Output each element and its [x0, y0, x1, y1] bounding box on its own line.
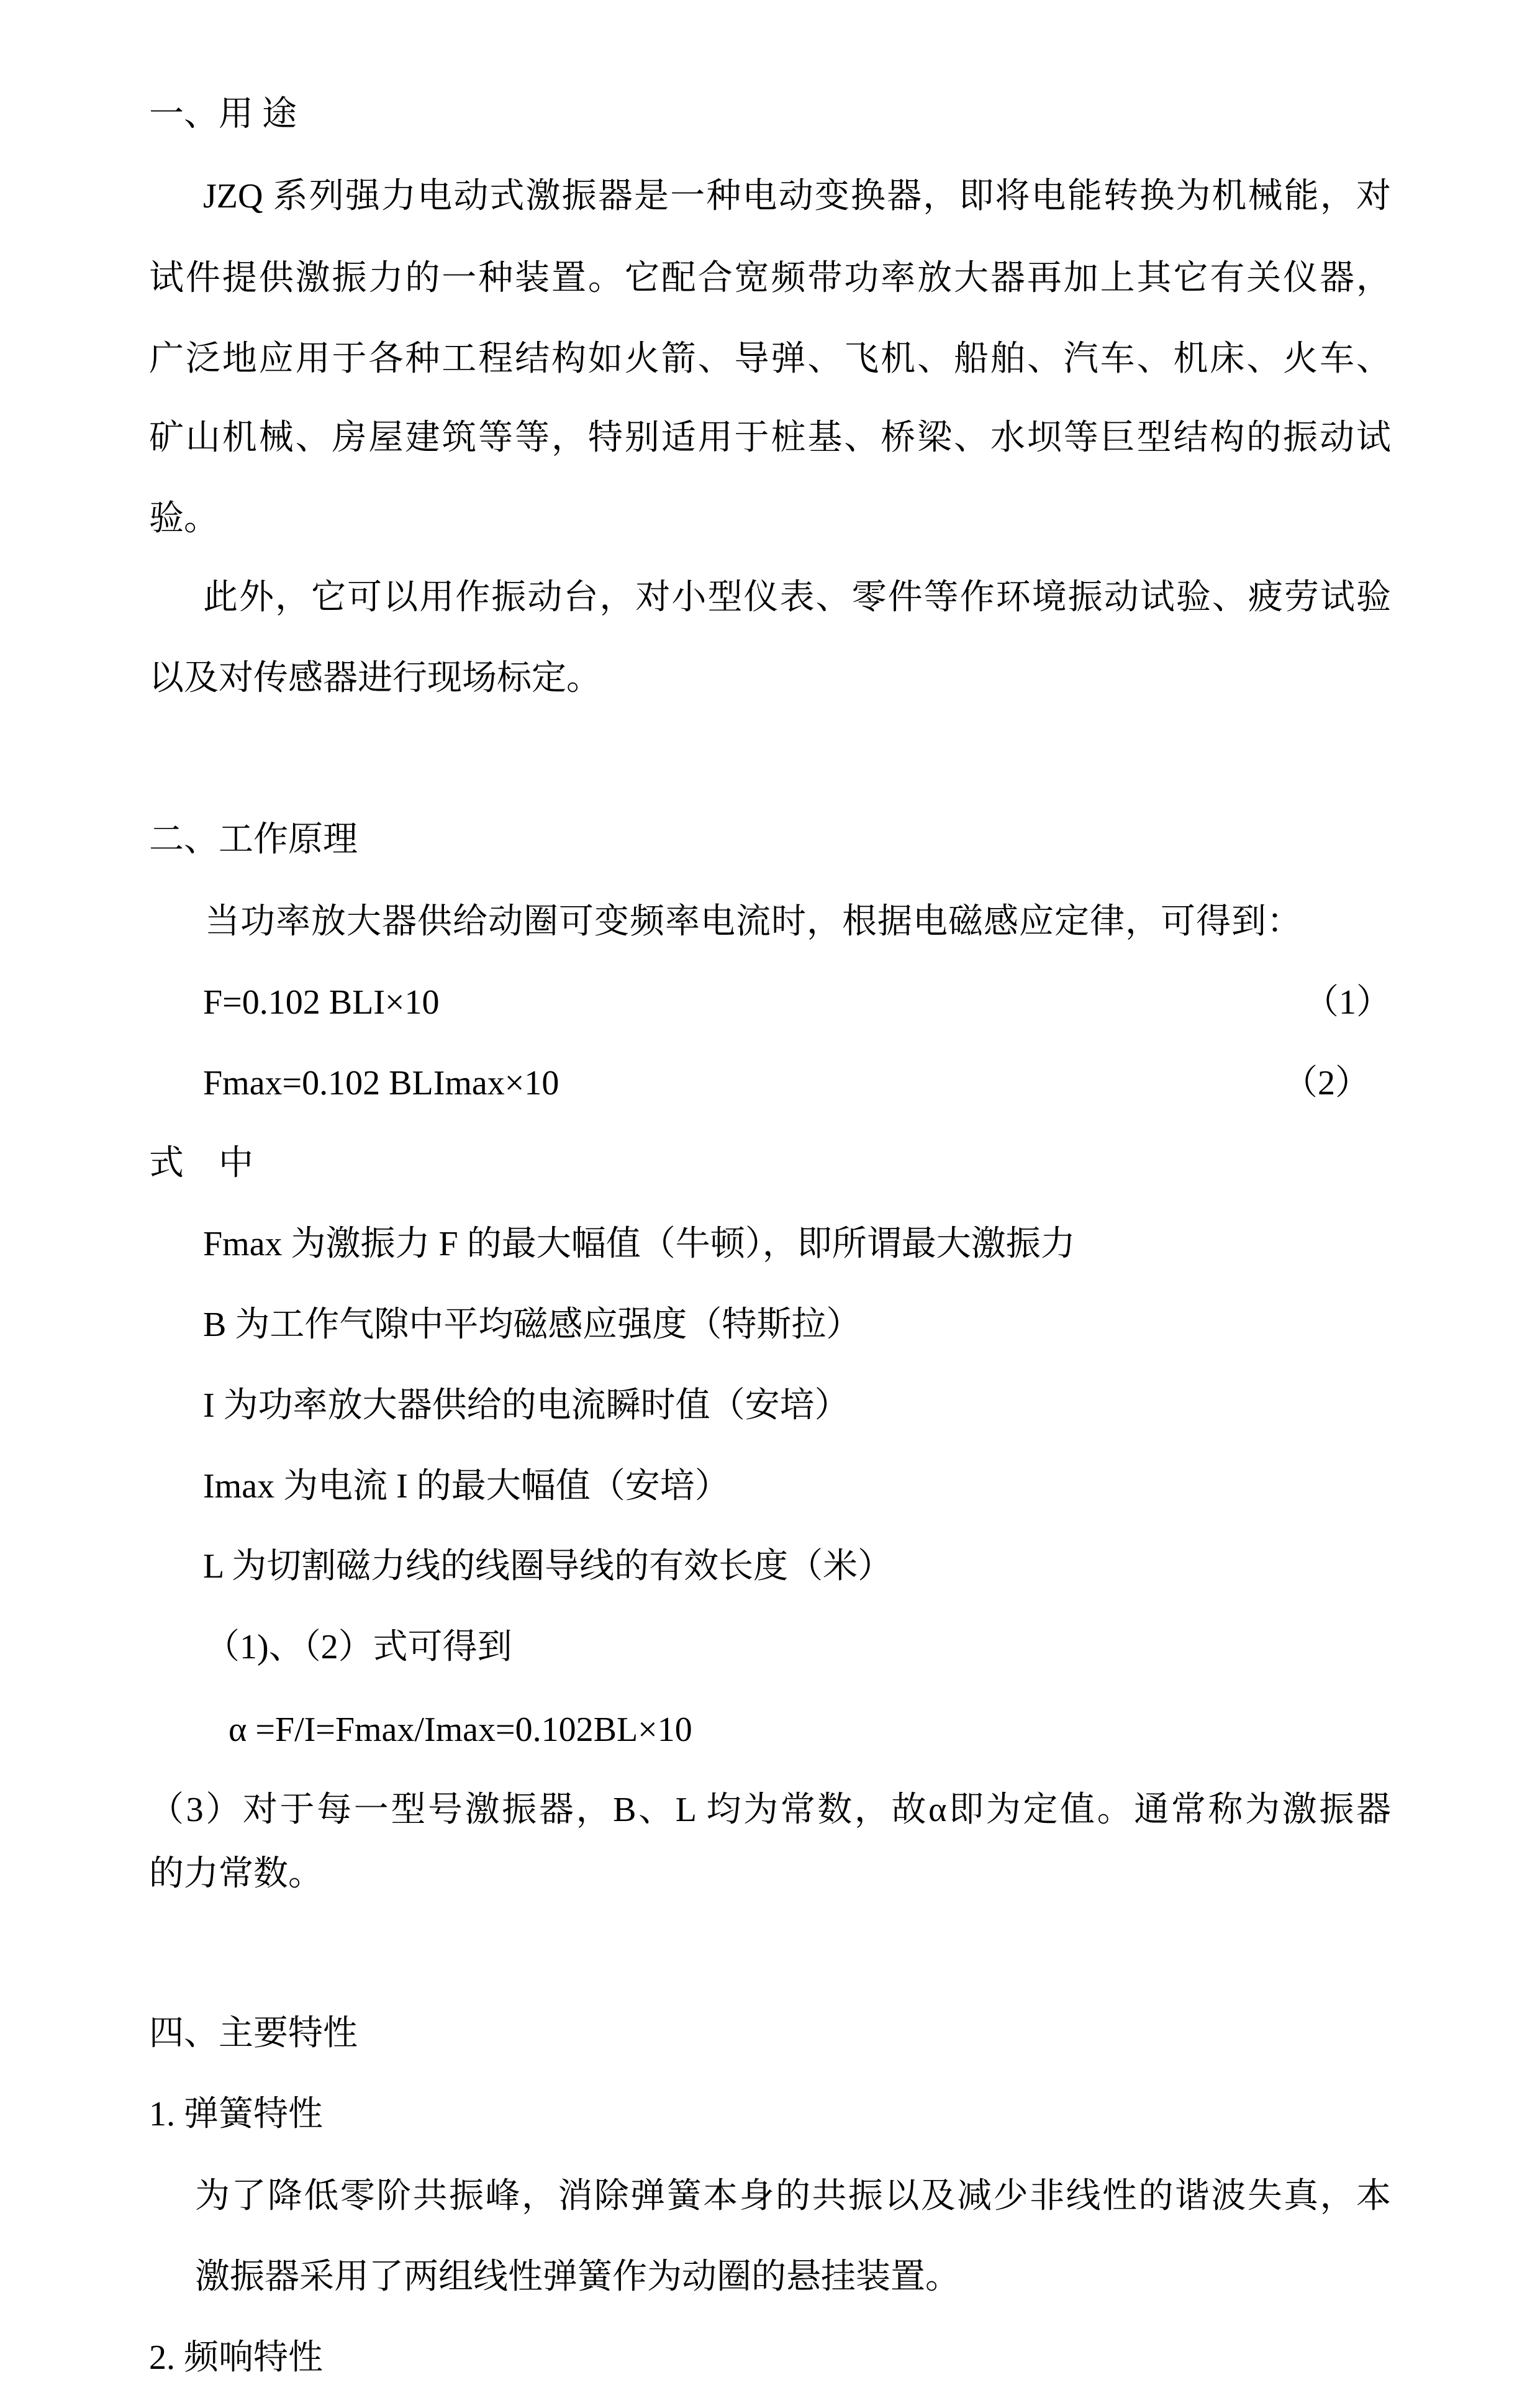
definition-l: L 为切割磁力线的线圈导线的有效长度（米） [203, 1547, 892, 1586]
equation-2-formula: Fmax=0.102 BLImax×10 [203, 1063, 559, 1103]
feature-body-line: 为了降低零阶共振峰，消除弹簧本身的共振以及减少非线性的谐波失真，本 [195, 2176, 1391, 2216]
principle-intro: 当功率放大器供给动圈可变频率电流时，根据电磁感应定律，可得到： [205, 902, 1302, 942]
definition-i: I 为功率放大器供给的电流瞬时值（安培） [203, 1386, 849, 1425]
paragraph-line: 验。 [149, 499, 219, 538]
definition-b: B 为工作气隙中平均磁感应强度（特斯拉） [203, 1305, 861, 1345]
paragraph-line: 矿山机械、房屋建筑等等，特别适用于桩基、桥梁、水坝等巨型结构的振动试 [149, 418, 1391, 458]
definition-fmax: Fmax 为激振力 F 的最大幅值（牛顿），即所谓最大激振力 [203, 1224, 1076, 1264]
paragraph-line: 试件提供激振力的一种装置。它配合宽频带功率放大器再加上其它有关仪器， [149, 258, 1391, 298]
derive-text: （1)、（2）式可得到 [205, 1627, 512, 1667]
feature-body-line: 激振器采用了两组线性弹簧作为动圈的悬挂装置。 [195, 2257, 960, 2297]
definition-imax: Imax 为电流 I 的最大幅值（安培） [203, 1466, 730, 1506]
note-line: （3）对于每一型号激振器，B、L 均为常数，故α即为定值。通常称为激振器 [149, 1790, 1391, 1830]
paragraph-line: 此外，它可以用作振动台，对小型仪表、零件等作环境振动试验、疲劳试验 [203, 578, 1391, 617]
paragraph-line: JZQ 系列强力电动式激振器是一种电动变换器，即将电能转换为机械能，对 [203, 176, 1391, 216]
alpha-formula: α =F/I=Fmax/Imax=0.102BL×10 [229, 1710, 692, 1750]
section-heading-principle: 二、工作原理 [149, 820, 358, 860]
section-heading-features: 四、主要特性 [149, 2014, 358, 2053]
paragraph-line: 广泛地应用于各种工程结构如火箭、导弹、飞机、船舶、汽车、机床、火车、 [149, 339, 1391, 379]
feature-title-frequency-response: 2. 频响特性 [149, 2338, 323, 2378]
equation-2-number: （2） [1283, 1063, 1370, 1103]
where-label: 式 中 [149, 1143, 253, 1183]
feature-title-spring: 1. 弹簧特性 [149, 2094, 323, 2134]
note-line: 的力常数。 [149, 1854, 323, 1894]
paragraph-line: 以及对传感器进行现场标定。 [149, 658, 601, 698]
document-page: 一、用 途 JZQ 系列强力电动式激振器是一种电动变换器，即将电能转换为机械能，… [0, 0, 1540, 2385]
equation-1-formula: F=0.102 BLI×10 [203, 983, 440, 1022]
equation-1-number: （1） [1304, 983, 1391, 1022]
section-heading-usage: 一、用 途 [149, 94, 297, 134]
